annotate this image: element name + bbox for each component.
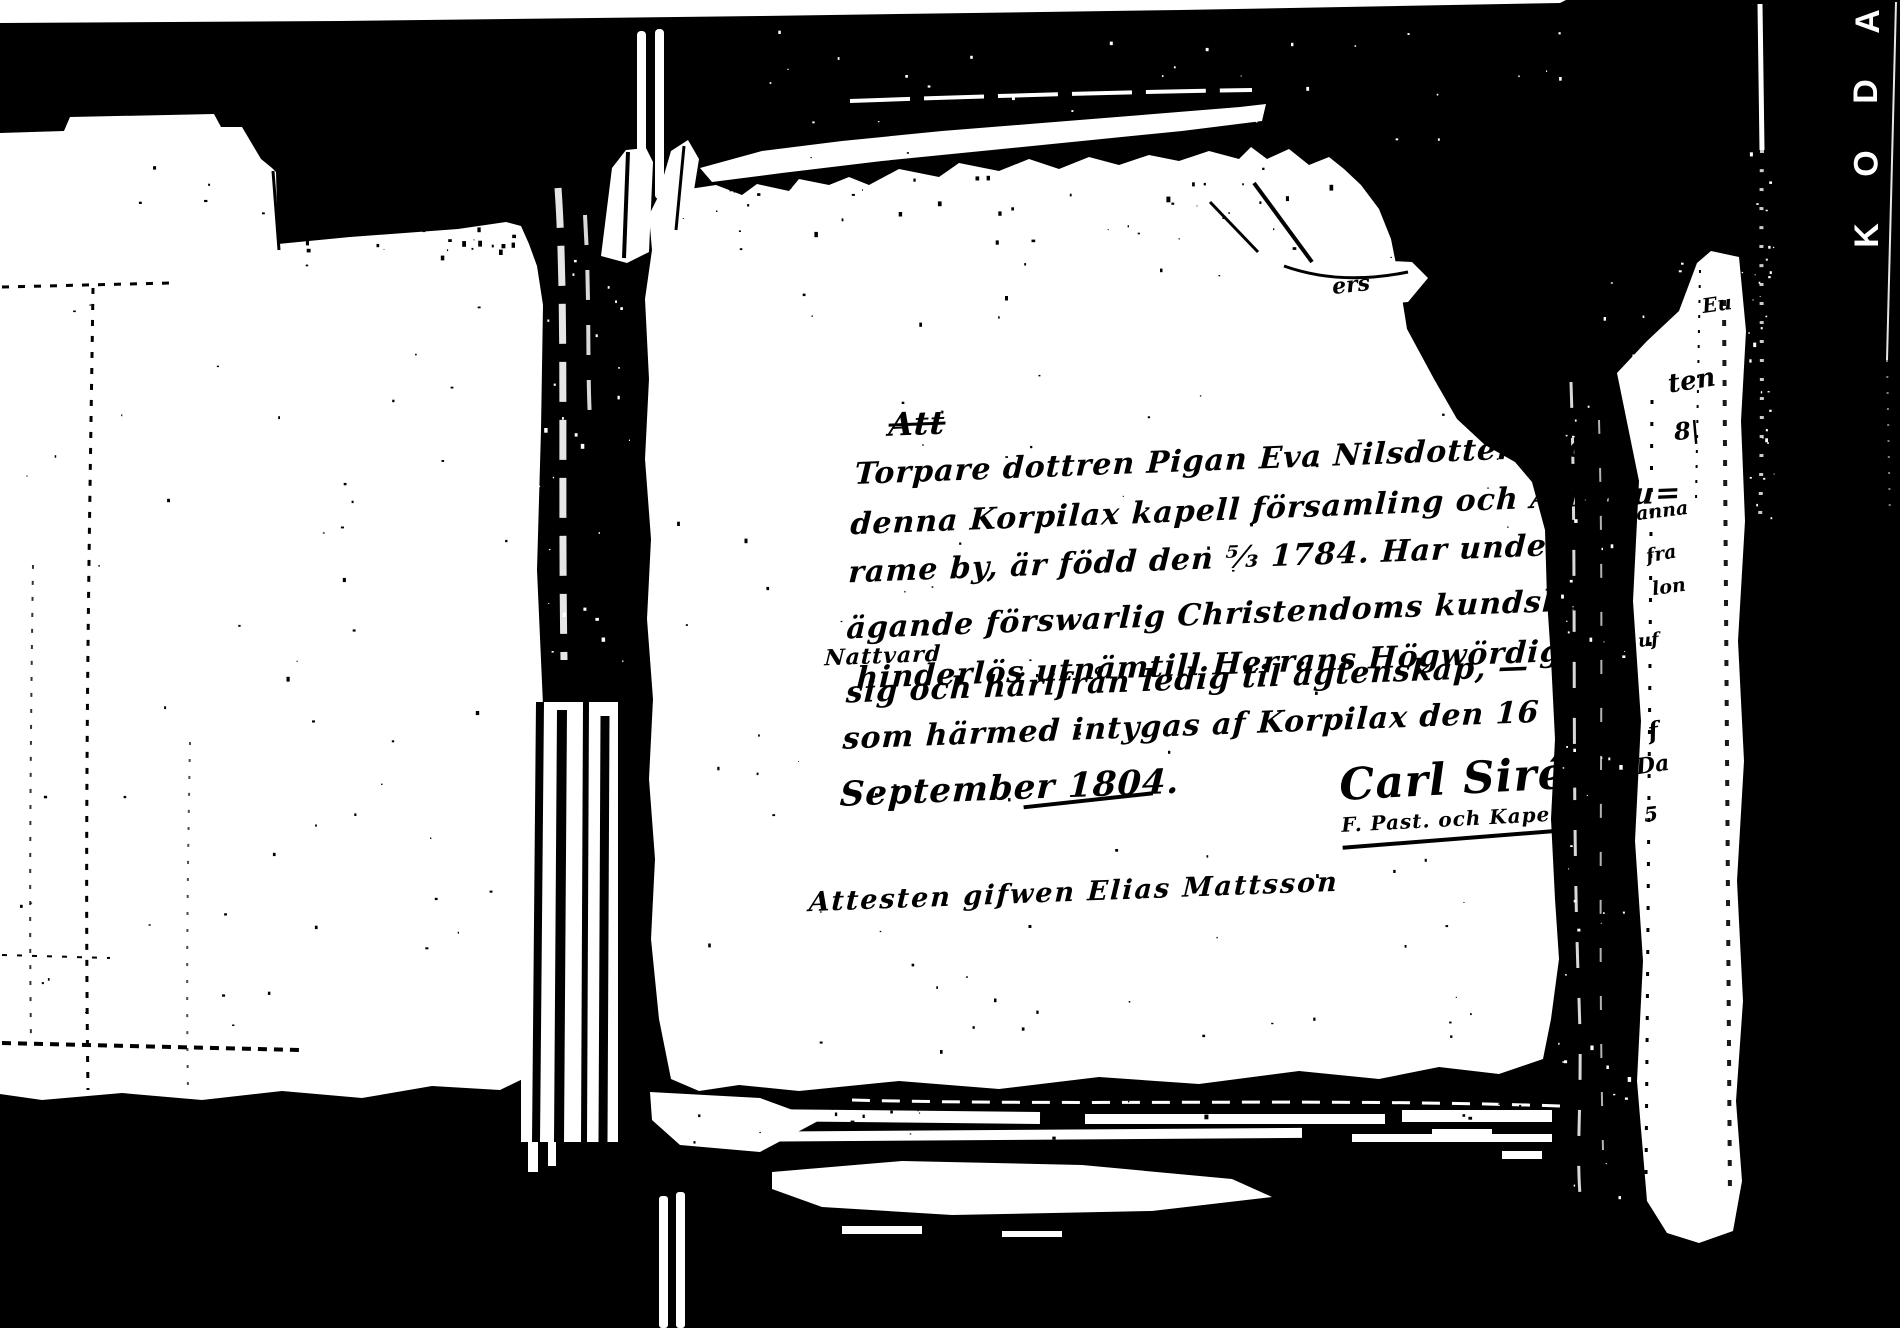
page-fragment: Eu <box>1700 290 1733 318</box>
witness-line: Attesten gifwen Elias Mattsson <box>808 867 1339 918</box>
page-fragment: Da <box>1634 750 1671 780</box>
inserted-word: Nattvard <box>824 641 942 672</box>
page-fragment: 8| <box>1673 415 1701 446</box>
page-fragment: 5 <box>1643 801 1659 826</box>
page-fragment: ers <box>1331 270 1371 300</box>
left-page <box>0 114 545 1100</box>
microfilm-scan: Att Torpare dottren Pigan Eva Nilsdotter… <box>0 0 1900 1328</box>
handwritten-certificate-text: Att Torpare dottren Pigan Eva Nilsdotter… <box>828 378 1630 988</box>
film-letter: K <box>1848 223 1887 248</box>
film-letter: A <box>1849 9 1888 34</box>
film-letter: D <box>1847 79 1886 104</box>
signature-block: Carl Sirén F. Past. och Kapellan <box>1338 746 1603 847</box>
page-fragment: uf <box>1637 629 1660 652</box>
page-fragment: lon <box>1651 574 1687 600</box>
certificate-date-line: September 1804. <box>839 762 1181 815</box>
film-letter: O <box>1848 150 1887 176</box>
heading-mark: Att <box>888 403 947 443</box>
